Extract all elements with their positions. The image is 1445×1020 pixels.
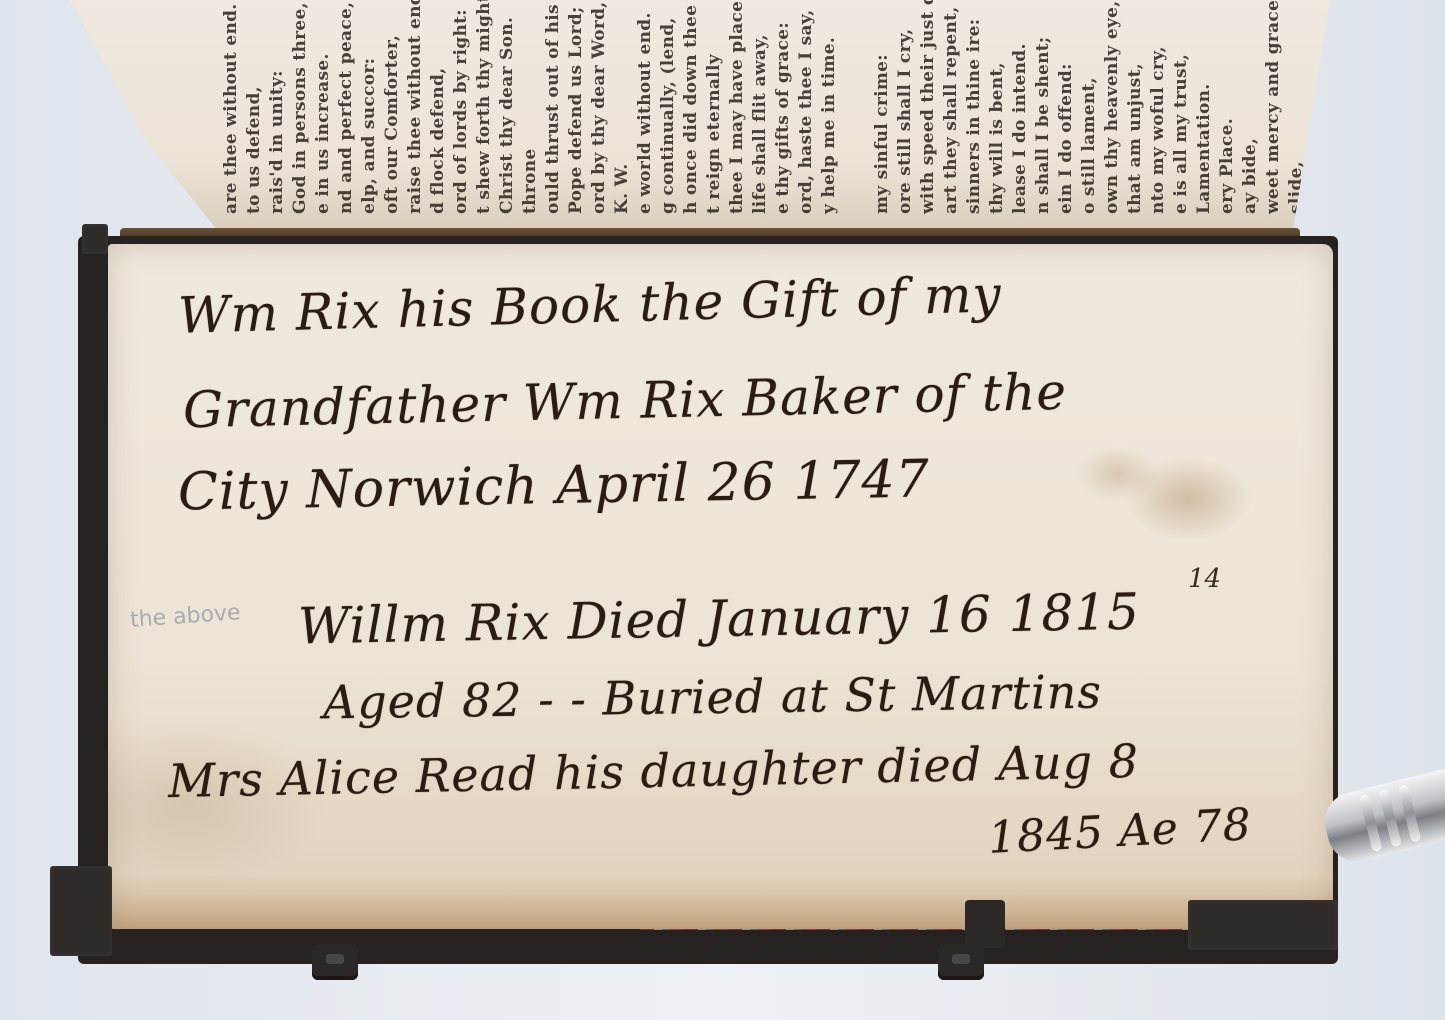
- inscription-line-6: Mrs Alice Read his daughter died Aug 8: [168, 734, 1140, 808]
- date-correction: 14: [1188, 564, 1221, 594]
- metal-corner-bottom-right: [1188, 900, 1338, 950]
- printed-column-left: are thee without end. to us defend, rais…: [220, 0, 841, 214]
- printed-page: are thee without end. to us defend, rais…: [70, 0, 1330, 235]
- clasp-hinge-left: [312, 944, 358, 980]
- inscription-line-1: Wm Rix his Book the Gift of my: [177, 265, 1002, 345]
- clasp-hinge-right: [938, 944, 984, 980]
- silver-ring: [1378, 789, 1402, 848]
- inscription-line-7: 1845 Ae 78: [987, 799, 1253, 864]
- inscription-line-3: City Norwich April 26 1747: [178, 449, 931, 522]
- metal-corner-bottom-left: [50, 866, 112, 956]
- inscription-line-2: Grandfather Wm Rix Baker of the: [182, 363, 1067, 439]
- metal-corner-top-left: [82, 224, 108, 254]
- silver-ring: [1359, 794, 1383, 853]
- pencil-note: the above: [129, 600, 241, 633]
- inscription-line-4: Willm Rix Died January 16 1815: [298, 583, 1141, 656]
- silver-ring: [1398, 784, 1422, 843]
- printed-column-right: my sinful crime: ore still shall I cry, …: [871, 0, 1330, 214]
- printed-text-block: are thee without end. to us defend, rais…: [220, 0, 1300, 214]
- flyleaf-page: Wm Rix his Book the Gift of my Grandfath…: [108, 244, 1333, 929]
- inscription-line-5: Aged 82 - - Buried at St Martins: [323, 665, 1103, 730]
- clasp-plate: [965, 900, 1005, 948]
